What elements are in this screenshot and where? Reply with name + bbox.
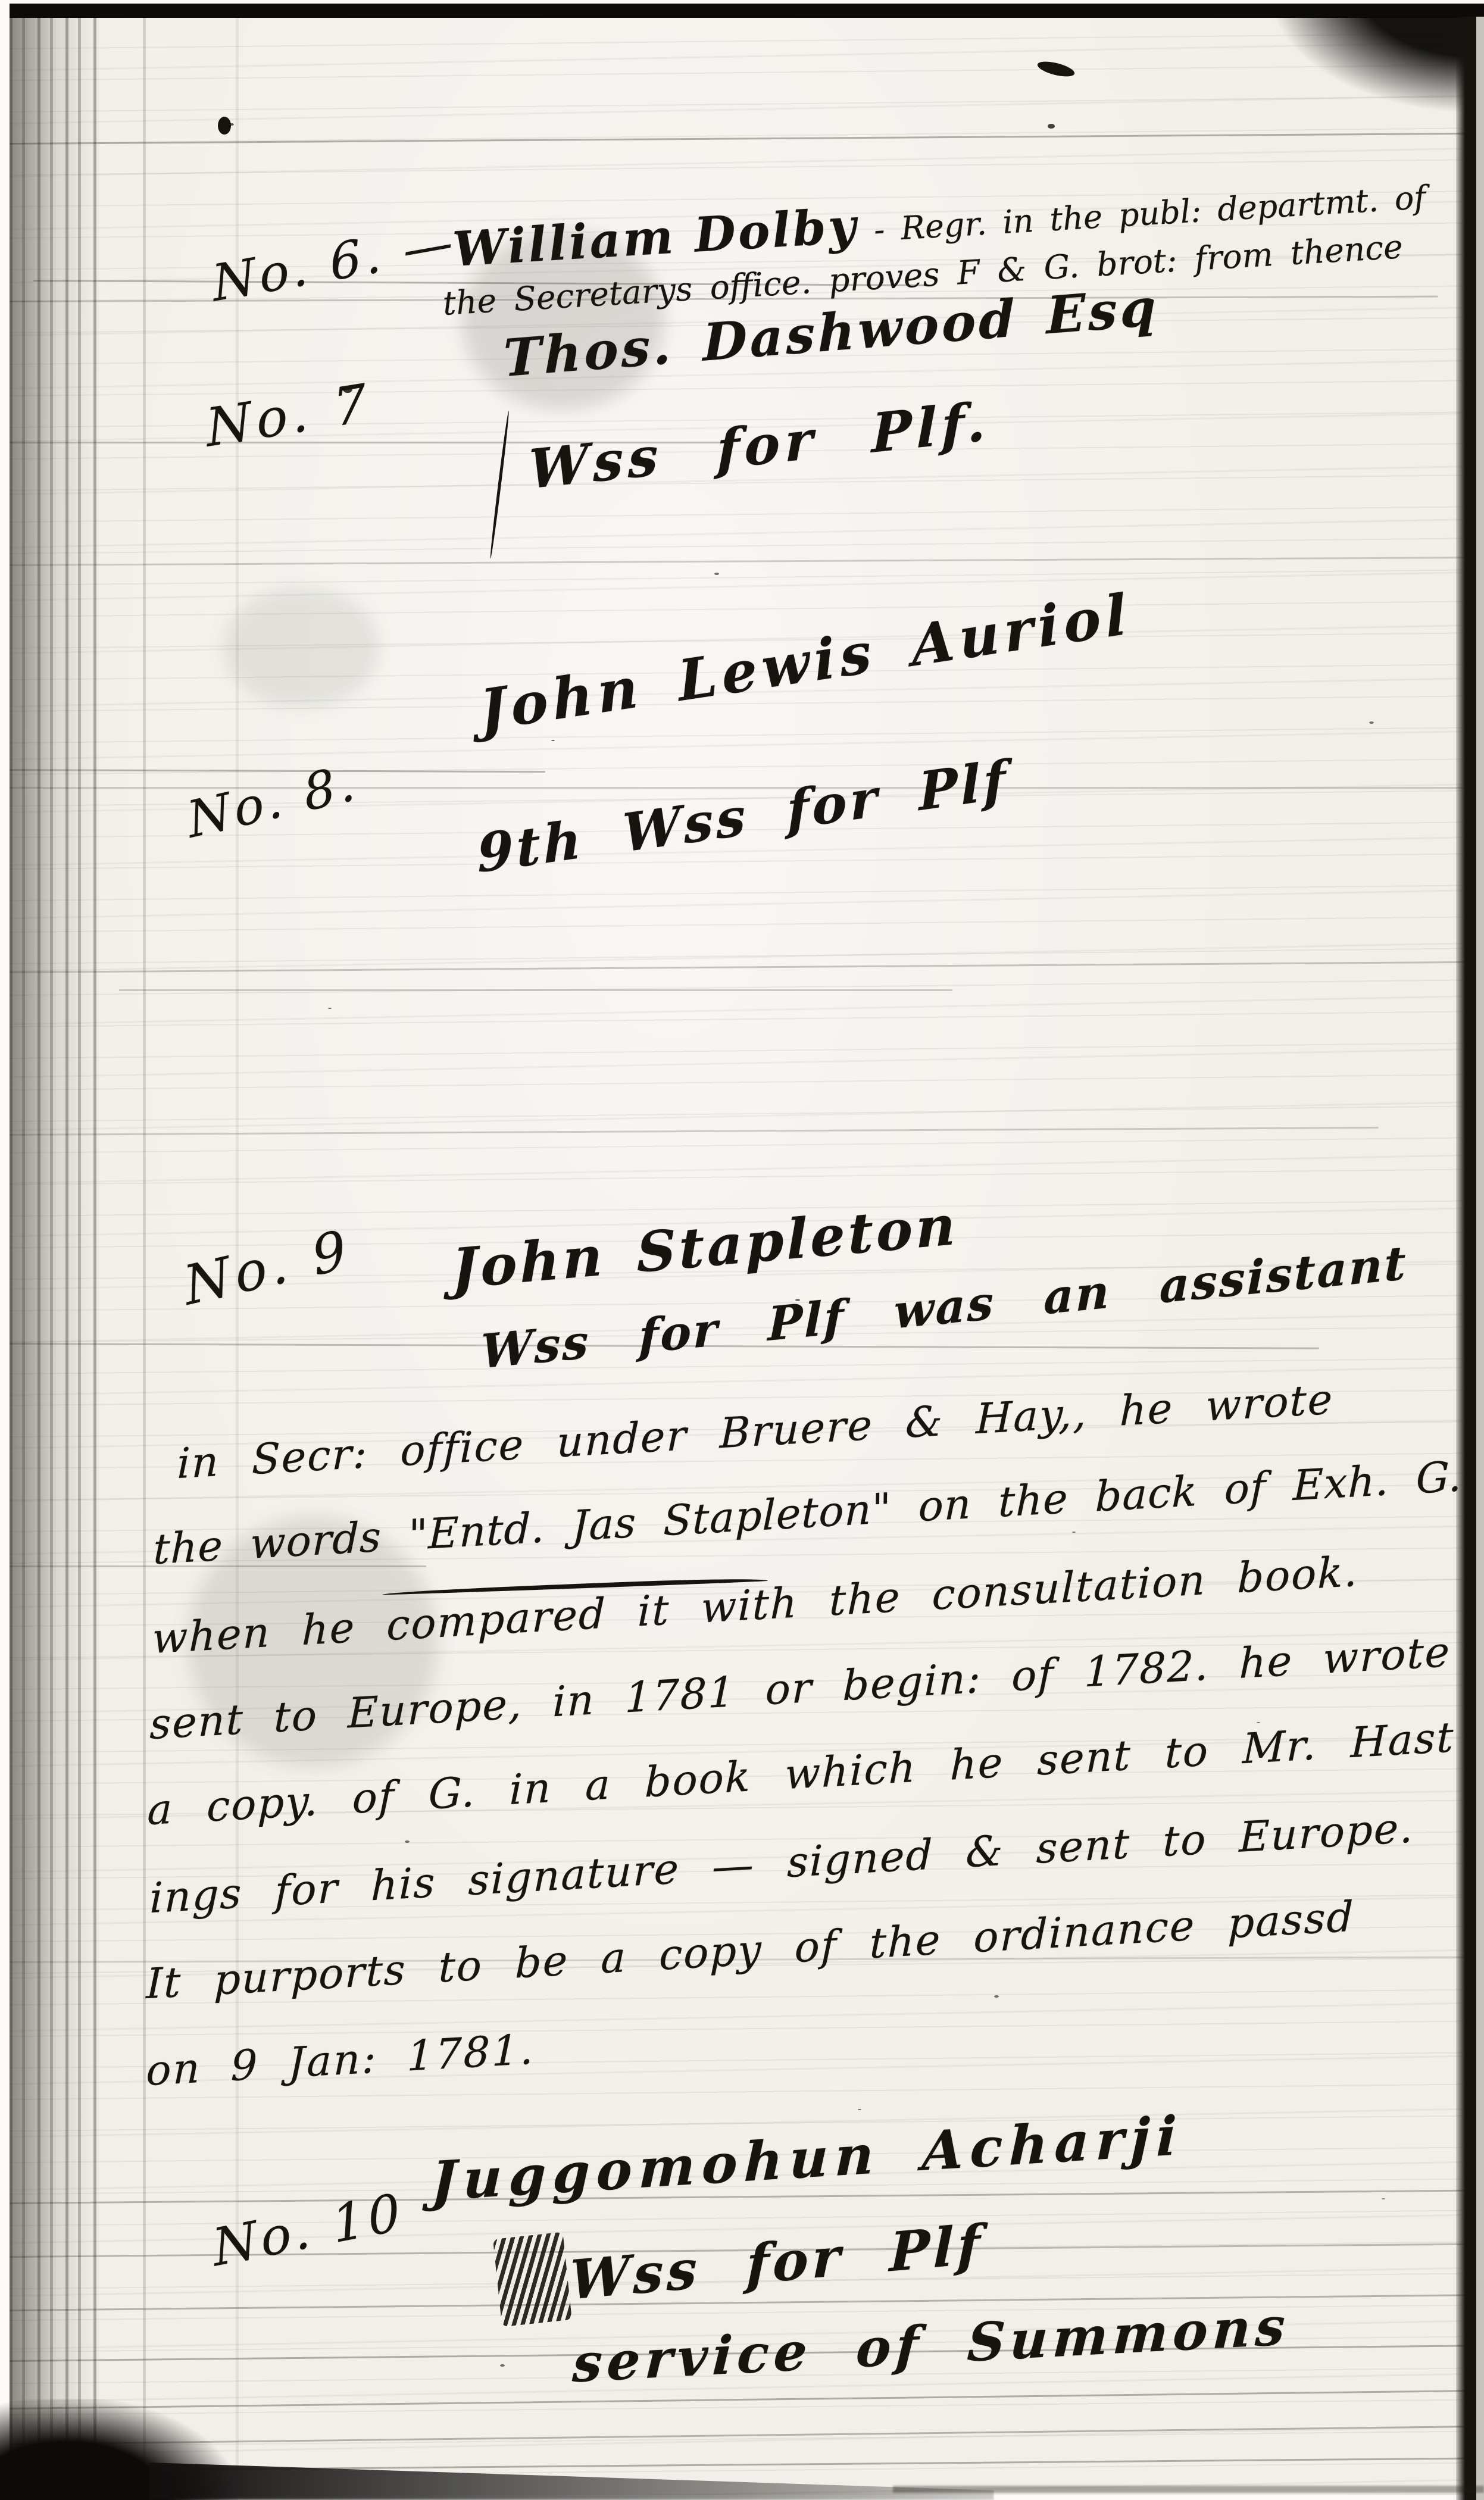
scan-border-top <box>10 4 1484 18</box>
scan-streak <box>10 961 1476 973</box>
scan-streak <box>10 557 1476 566</box>
ink-blot <box>218 117 231 135</box>
bottom-shadow-line <box>893 2486 1484 2493</box>
page-crease <box>143 17 146 2495</box>
page-edge-shadow <box>1456 17 1476 2500</box>
ink-smudge <box>224 588 379 707</box>
binding-edge <box>10 17 99 2495</box>
scan-streak <box>10 1127 1379 1136</box>
manuscript-scan: No. 6. — William Dolby - Regr. in the pu… <box>0 0 1484 2500</box>
book-fore-edge <box>1476 17 1484 2500</box>
scan-streak <box>119 989 952 991</box>
scribble-mark <box>493 2232 572 2327</box>
page-corner-shadow <box>1220 17 1476 142</box>
ink-blot <box>1036 59 1076 80</box>
